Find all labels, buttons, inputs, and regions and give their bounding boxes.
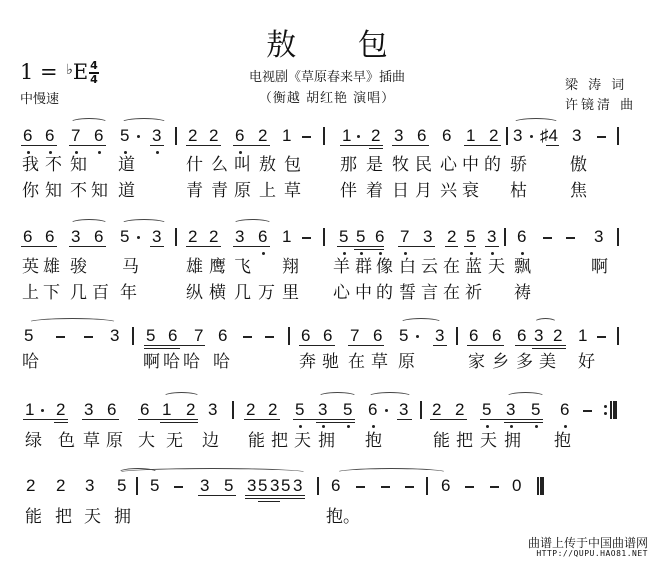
beam-underline — [392, 145, 429, 146]
slur-arc — [513, 118, 559, 127]
lyric-char: 我 — [22, 155, 39, 175]
sustain-dash — [490, 486, 499, 488]
note: 3 — [200, 476, 209, 496]
augmentation-dot — [357, 135, 360, 138]
note: 2 — [188, 227, 197, 247]
octave-dot-below — [564, 425, 567, 428]
note: 6 — [23, 227, 32, 247]
beam-underline — [504, 422, 543, 423]
lyric-char: 万 — [258, 283, 275, 303]
lyric-char: 下 — [43, 283, 60, 303]
lyric-char: 民 — [415, 155, 432, 175]
beam-underline — [21, 145, 57, 146]
octave-dot-below — [322, 425, 325, 428]
beam-underline — [233, 145, 270, 146]
beam-underline — [144, 348, 180, 349]
slur-arc — [400, 318, 442, 327]
lyric-char: 草 — [83, 431, 100, 451]
octave-dot-below — [360, 252, 363, 255]
slur-arc — [506, 392, 545, 401]
lyric-char: 像 — [376, 257, 393, 277]
beam-underline — [464, 246, 476, 247]
note: 3 — [318, 400, 327, 420]
lyric-char: 拥 — [114, 507, 131, 527]
note: 6 — [258, 227, 267, 247]
note: 7 — [71, 126, 80, 146]
barline — [132, 327, 134, 345]
octave-dot-below — [124, 151, 127, 154]
note: 5 — [117, 476, 126, 496]
octave-dot-below — [98, 151, 101, 154]
note: 6 — [168, 326, 177, 346]
note: 2 — [455, 400, 464, 420]
augmentation-dot — [385, 409, 388, 412]
note: 5 — [281, 476, 290, 496]
note: 6 — [417, 126, 426, 146]
sustain-dash — [381, 486, 390, 488]
lyric-char: 言 — [421, 283, 438, 303]
octave-dot-below — [262, 252, 265, 255]
octave-dot-below — [75, 151, 78, 154]
note: 2 — [186, 400, 195, 420]
sustain-dash — [265, 336, 274, 338]
beam-underline — [445, 246, 458, 247]
note: 5 — [339, 227, 348, 247]
beam-underline — [244, 419, 280, 420]
note: 6 — [373, 326, 382, 346]
octave-dot-below — [156, 151, 159, 154]
lyric-char: 的 — [376, 283, 393, 303]
beam-underline — [515, 345, 566, 346]
note: 1 — [466, 126, 475, 146]
lyric-char: 在 — [443, 283, 460, 303]
barline — [610, 401, 612, 419]
note: 3 — [208, 400, 217, 420]
slur-arc — [336, 468, 447, 477]
slur-arc — [70, 118, 108, 127]
lyric-char: 百 — [92, 283, 109, 303]
beam-underline — [293, 419, 355, 420]
beam-underline — [369, 148, 383, 149]
repeat-dot — [604, 405, 607, 408]
note: 2 — [447, 227, 456, 247]
beam-underline — [82, 419, 119, 420]
note: 3 — [423, 227, 432, 247]
lyric-char: 抱。 — [326, 507, 360, 527]
lyric-char: 拥 — [318, 431, 335, 451]
lyric-char: 纵 — [186, 283, 203, 303]
beam-underline — [21, 246, 57, 247]
octave-dot-below — [343, 252, 346, 255]
barline — [537, 477, 539, 495]
beam-underline — [186, 246, 221, 247]
barline — [175, 228, 177, 246]
lyric-char: 不 — [45, 155, 62, 175]
octave-dot-below — [535, 425, 538, 428]
slur-arc — [70, 219, 108, 228]
note: 5 — [258, 476, 267, 496]
lyric-char: 能 — [433, 431, 450, 451]
lyric-char: 能 — [248, 431, 265, 451]
lyric-char: 么 — [211, 155, 228, 175]
subtitle: 电视剧《草原春来早》插曲 — [0, 66, 654, 85]
lyric-char: 把 — [55, 507, 72, 527]
beam-underline — [433, 345, 447, 346]
repeat-dot — [604, 412, 607, 415]
lyric-char: 上 — [259, 181, 276, 201]
lyric-char: 那 — [340, 155, 357, 175]
augmentation-dot — [41, 409, 44, 412]
lyric-char: 哈 — [213, 352, 230, 372]
lyric-char: 驰 — [322, 352, 339, 372]
lyricist: 梁 涛 词 — [565, 74, 627, 93]
note: 3 — [85, 476, 94, 496]
barline — [136, 477, 138, 495]
beam-underline — [258, 501, 280, 502]
sustain-dash — [543, 237, 552, 239]
beam-underline — [186, 145, 221, 146]
lyric-char: 色 — [58, 431, 75, 451]
lyric-char: 飞 — [234, 257, 251, 277]
lyric-char: 骄 — [510, 155, 527, 175]
octave-dot-below — [347, 425, 350, 428]
lyric-char: 伴 — [340, 181, 357, 201]
octave-dot-below — [239, 151, 242, 154]
lyric-char: 马 — [122, 257, 139, 277]
note: 5 — [466, 227, 475, 247]
lyric-char: 英 — [22, 257, 39, 277]
beam-underline — [144, 345, 205, 346]
note: 2 — [26, 476, 35, 496]
lyric-char: 枯 — [510, 181, 527, 201]
note: 5 — [343, 400, 352, 420]
lyric-char: 在 — [443, 257, 460, 277]
barline — [420, 401, 422, 419]
lyric-char: 包 — [284, 155, 301, 175]
note: 5 — [120, 227, 129, 247]
octave-dot-below — [491, 252, 494, 255]
note: 7 — [194, 326, 203, 346]
sustain-dash — [465, 486, 474, 488]
note: 5 — [120, 126, 129, 146]
note: 1 — [342, 126, 351, 146]
note: 3 — [506, 400, 515, 420]
note: 2 — [371, 126, 380, 146]
lyric-char: 着 — [366, 181, 383, 201]
lyric-char: 抱 — [554, 431, 571, 451]
augmentation-dot — [530, 135, 533, 138]
lyric-char: 乡 — [492, 352, 509, 372]
note: 2 — [553, 326, 562, 346]
barline — [288, 327, 290, 345]
augmentation-dot — [137, 236, 140, 239]
note: 3 — [394, 126, 403, 146]
lyric-char: 哈 — [22, 352, 39, 372]
lyric-char: 天 — [84, 507, 101, 527]
lyric-char: 家 — [468, 352, 485, 372]
lyric-char: 不 — [70, 181, 87, 201]
note: 6 — [441, 476, 450, 496]
note: 2 — [246, 400, 255, 420]
lyric-char: 美 — [539, 352, 556, 372]
lyric-char: 云 — [421, 257, 438, 277]
lyric-char: 草 — [284, 181, 301, 201]
note: 6 — [107, 400, 116, 420]
octave-dot-below — [49, 151, 52, 154]
lyric-char: 什 — [186, 155, 203, 175]
lyric-char: 在 — [348, 352, 365, 372]
lyric-char: 心 — [440, 155, 457, 175]
note: 2 — [56, 476, 65, 496]
note: 6 — [45, 227, 54, 247]
note: 3 — [594, 227, 603, 247]
slur-arc — [368, 392, 412, 401]
lyric-char: 拥 — [504, 431, 521, 451]
note: ♯4 — [540, 126, 558, 146]
beam-underline — [464, 145, 501, 146]
octave-dot-below — [372, 425, 375, 428]
beam-underline — [480, 419, 543, 420]
lyric-char: 原 — [398, 352, 415, 372]
note: 1 — [282, 227, 291, 247]
barline — [426, 477, 428, 495]
note: 3 — [235, 227, 244, 247]
slur-arc — [28, 318, 117, 327]
note: 5 — [399, 326, 408, 346]
octave-dot-below — [510, 425, 513, 428]
lyric-char: 把 — [271, 431, 288, 451]
lyric-char: 鹰 — [209, 257, 226, 277]
lyric-char: 叫 — [234, 155, 251, 175]
note: 6 — [218, 326, 227, 346]
lyric-char: 原 — [234, 181, 251, 201]
note: 6 — [331, 476, 340, 496]
note: 6 — [23, 126, 32, 146]
lyric-char: 啊 — [143, 352, 160, 372]
beam-underline — [354, 249, 384, 250]
lyric-char: 白 — [399, 257, 416, 277]
barline — [456, 327, 458, 345]
performers: （衡越 胡红艳 演唱） — [0, 87, 654, 106]
note: 6 — [368, 400, 377, 420]
note: 5 — [224, 476, 233, 496]
note: 2 — [209, 227, 218, 247]
lyric-char: 焦 — [570, 181, 587, 201]
lyric-char: 道 — [118, 155, 135, 175]
lyric-char: 祷 — [514, 283, 531, 303]
beam-underline — [397, 419, 412, 420]
lyric-char: 兴 — [440, 181, 457, 201]
lyric-char: 天 — [488, 257, 505, 277]
barline — [232, 401, 234, 419]
note: 3 — [247, 476, 256, 496]
beam-underline — [245, 498, 305, 499]
beam-underline — [69, 145, 106, 146]
augmentation-dot — [137, 135, 140, 138]
beam-underline — [299, 345, 335, 346]
lyric-char: 日 — [392, 181, 409, 201]
lyric-char: 傲 — [570, 155, 587, 175]
lyric-char: 上 — [22, 283, 39, 303]
note: 3 — [152, 227, 161, 247]
note: 3 — [84, 400, 93, 420]
note: 6 — [492, 326, 501, 346]
note: 3 — [572, 126, 581, 146]
note: 6 — [517, 227, 526, 247]
beam-underline — [233, 246, 270, 247]
lyric-char: 敖 — [259, 155, 276, 175]
note: 5 — [295, 400, 304, 420]
octave-dot-below — [521, 252, 524, 255]
sustain-dash — [84, 336, 93, 338]
note: 1 — [25, 400, 34, 420]
sustain-dash — [243, 336, 252, 338]
beam-underline — [430, 419, 467, 420]
lyric-char: 中 — [355, 283, 372, 303]
lyric-char: 衰 — [462, 181, 479, 201]
note: 5 — [531, 400, 540, 420]
note: 2 — [258, 126, 267, 146]
lyric-char: 蓝 — [465, 257, 482, 277]
beam-underline — [467, 345, 504, 346]
note: 6 — [235, 126, 244, 146]
lyric-char: 的 — [484, 155, 501, 175]
sustain-dash — [356, 486, 365, 488]
lyric-char: 大 — [138, 431, 155, 451]
note: 6 — [323, 326, 332, 346]
beam-underline — [546, 145, 559, 146]
note: 2 — [268, 400, 277, 420]
lyric-char: 几 — [234, 283, 251, 303]
lyric-char: 是 — [366, 155, 383, 175]
note: 6 — [375, 227, 384, 247]
note: 5 — [24, 326, 33, 346]
note: 6 — [94, 126, 103, 146]
beam-underline — [245, 495, 305, 496]
lyric-char: 能 — [25, 507, 42, 527]
lyric-char: 边 — [202, 431, 219, 451]
note: 3 — [293, 476, 302, 496]
beam-underline — [532, 348, 566, 349]
barline-thick — [613, 401, 617, 419]
barline-thick — [540, 477, 544, 495]
lyric-char: 草 — [371, 352, 388, 372]
note: 3 — [399, 400, 408, 420]
slur-arc — [534, 318, 557, 327]
beam-underline — [23, 419, 68, 420]
note: 3 — [487, 227, 496, 247]
note: 3 — [270, 476, 279, 496]
composer: 许镜清 曲 — [565, 94, 636, 113]
note: 6 — [469, 326, 478, 346]
lyric-char: 翔 — [282, 257, 299, 277]
lyric-char: 哈 — [183, 352, 200, 372]
note: 5 — [146, 326, 155, 346]
lyric-char: 多 — [516, 352, 533, 372]
lyric-char: 雄 — [186, 257, 203, 277]
beam-underline — [348, 345, 384, 346]
note: 2 — [188, 126, 197, 146]
lyric-char: 啊 — [591, 257, 608, 277]
note: 7 — [400, 227, 409, 247]
lyric-char: 羊 — [333, 257, 350, 277]
lyric-char: 几 — [70, 283, 87, 303]
beam-underline — [340, 145, 383, 146]
beam-underline — [485, 246, 499, 247]
note: 6 — [94, 227, 103, 247]
slur-arc — [163, 392, 200, 401]
sustain-dash — [56, 336, 65, 338]
barline — [317, 477, 319, 495]
lyric-char: 誓 — [399, 283, 416, 303]
octave-dot-below — [27, 151, 30, 154]
octave-dot-below — [404, 252, 407, 255]
slur-arc — [118, 468, 307, 477]
octave-dot-below — [379, 252, 382, 255]
lyric-char: 原 — [106, 431, 123, 451]
barline — [175, 127, 177, 145]
slur-arc — [318, 392, 357, 401]
lyric-char: 你 — [22, 181, 39, 201]
lyric-char: 知 — [70, 155, 87, 175]
lyric-char: 飘 — [514, 257, 531, 277]
note: 2 — [209, 126, 218, 146]
watermark-url: HTTP://QUPU.HAO81.NET — [536, 549, 648, 558]
note: 6 — [442, 126, 451, 146]
note: 6 — [140, 400, 149, 420]
sustain-dash — [302, 237, 311, 239]
slur-arc — [121, 118, 167, 127]
lyric-char: 绿 — [25, 431, 42, 451]
octave-dot-below — [470, 252, 473, 255]
lyric-char: 把 — [456, 431, 473, 451]
lyric-char: 雄 — [43, 257, 60, 277]
lyric-char: 心 — [333, 283, 350, 303]
beam-underline — [337, 246, 384, 247]
note: 2 — [489, 126, 498, 146]
beam-underline — [398, 246, 435, 247]
lyric-char: 天 — [480, 431, 497, 451]
barline — [504, 228, 506, 246]
note: 1 — [282, 126, 291, 146]
barline — [323, 127, 325, 145]
beam-underline — [138, 419, 198, 420]
beam-underline — [69, 246, 106, 247]
note: 3 — [152, 126, 161, 146]
note: 5 — [356, 227, 365, 247]
beam-underline — [150, 145, 164, 146]
note: 3 — [110, 326, 119, 346]
note: 5 — [482, 400, 491, 420]
note: 7 — [350, 326, 359, 346]
beam-underline — [198, 495, 236, 496]
augmentation-dot — [416, 335, 419, 338]
beam-underline — [316, 422, 355, 423]
slur-arc — [233, 219, 272, 228]
lyric-char: 祈 — [465, 283, 482, 303]
note: 6 — [517, 326, 526, 346]
lyric-char: 青 — [211, 181, 228, 201]
lyric-char: 无 — [166, 431, 183, 451]
note: 6 — [45, 126, 54, 146]
lyric-char: 群 — [355, 257, 372, 277]
lyric-char: 抱 — [365, 431, 382, 451]
lyric-char: 好 — [578, 352, 595, 372]
note: 2 — [56, 400, 65, 420]
lyric-char: 里 — [282, 283, 299, 303]
sustain-dash — [597, 136, 606, 138]
octave-dot-below — [299, 425, 302, 428]
